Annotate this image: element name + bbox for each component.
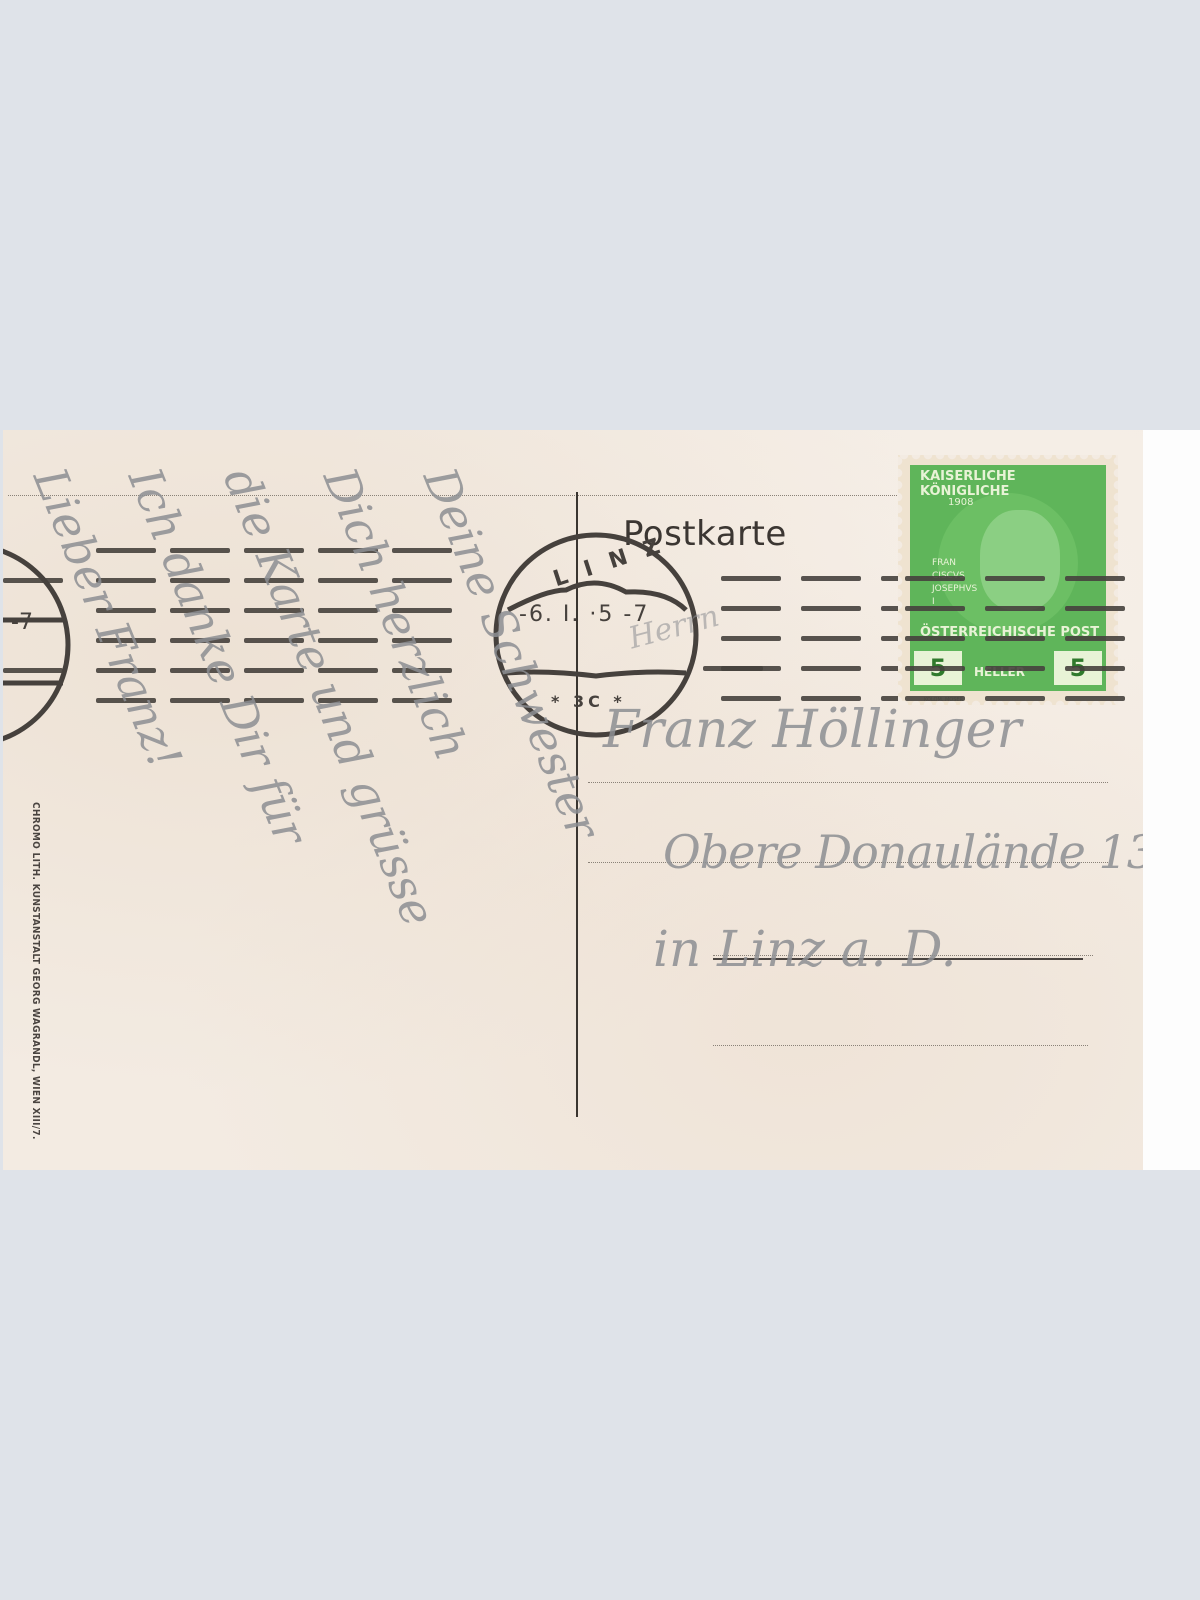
cancel-bar [801,576,861,581]
cancel-bar [801,606,861,611]
cancel-bar [801,636,861,641]
message-text: Lieber Franz!Ich danke Dir fürdie Karte … [33,440,573,1160]
cancel-bar [985,606,1045,611]
cancel-bar [905,666,965,671]
cancel-bar [703,666,763,671]
cancel-bar [905,606,965,611]
cancel-bar [905,636,965,641]
cancel-bar [905,576,965,581]
stamp-top-arc: KAISERLICHE KÖNIGLICHE [920,469,1106,499]
cancel-bar [1065,666,1125,671]
cancel-bar [1065,576,1125,581]
cancel-bar [985,576,1045,581]
cancel-bar [985,636,1045,641]
scan-margin [1143,430,1200,1170]
address-line3-text: Obere Donaulände 13 [663,825,1143,879]
stamp-caption: FRAN CISCVS JOSEPHVS I [932,557,977,609]
postmark-partial-date: -7 [11,610,33,635]
cancel-bar [721,606,781,611]
address-line2-text: Franz Höllinger [603,700,1021,760]
address-line-4 [713,1045,1088,1046]
stamp-year: 1908 [948,497,973,508]
cancel-bar [905,696,965,701]
cancel-bar [985,696,1045,701]
address-line4-text: in Linz a. D. [653,920,957,978]
cancel-bar [721,576,781,581]
cancel-bar [1065,606,1125,611]
cancel-bar [721,636,781,641]
cancel-bar [1065,696,1125,701]
cancel-bar [801,666,861,671]
portrait-head [980,510,1060,610]
cancel-bar [1065,636,1125,641]
cancel-bar [985,666,1045,671]
address-line-1 [588,782,1108,783]
